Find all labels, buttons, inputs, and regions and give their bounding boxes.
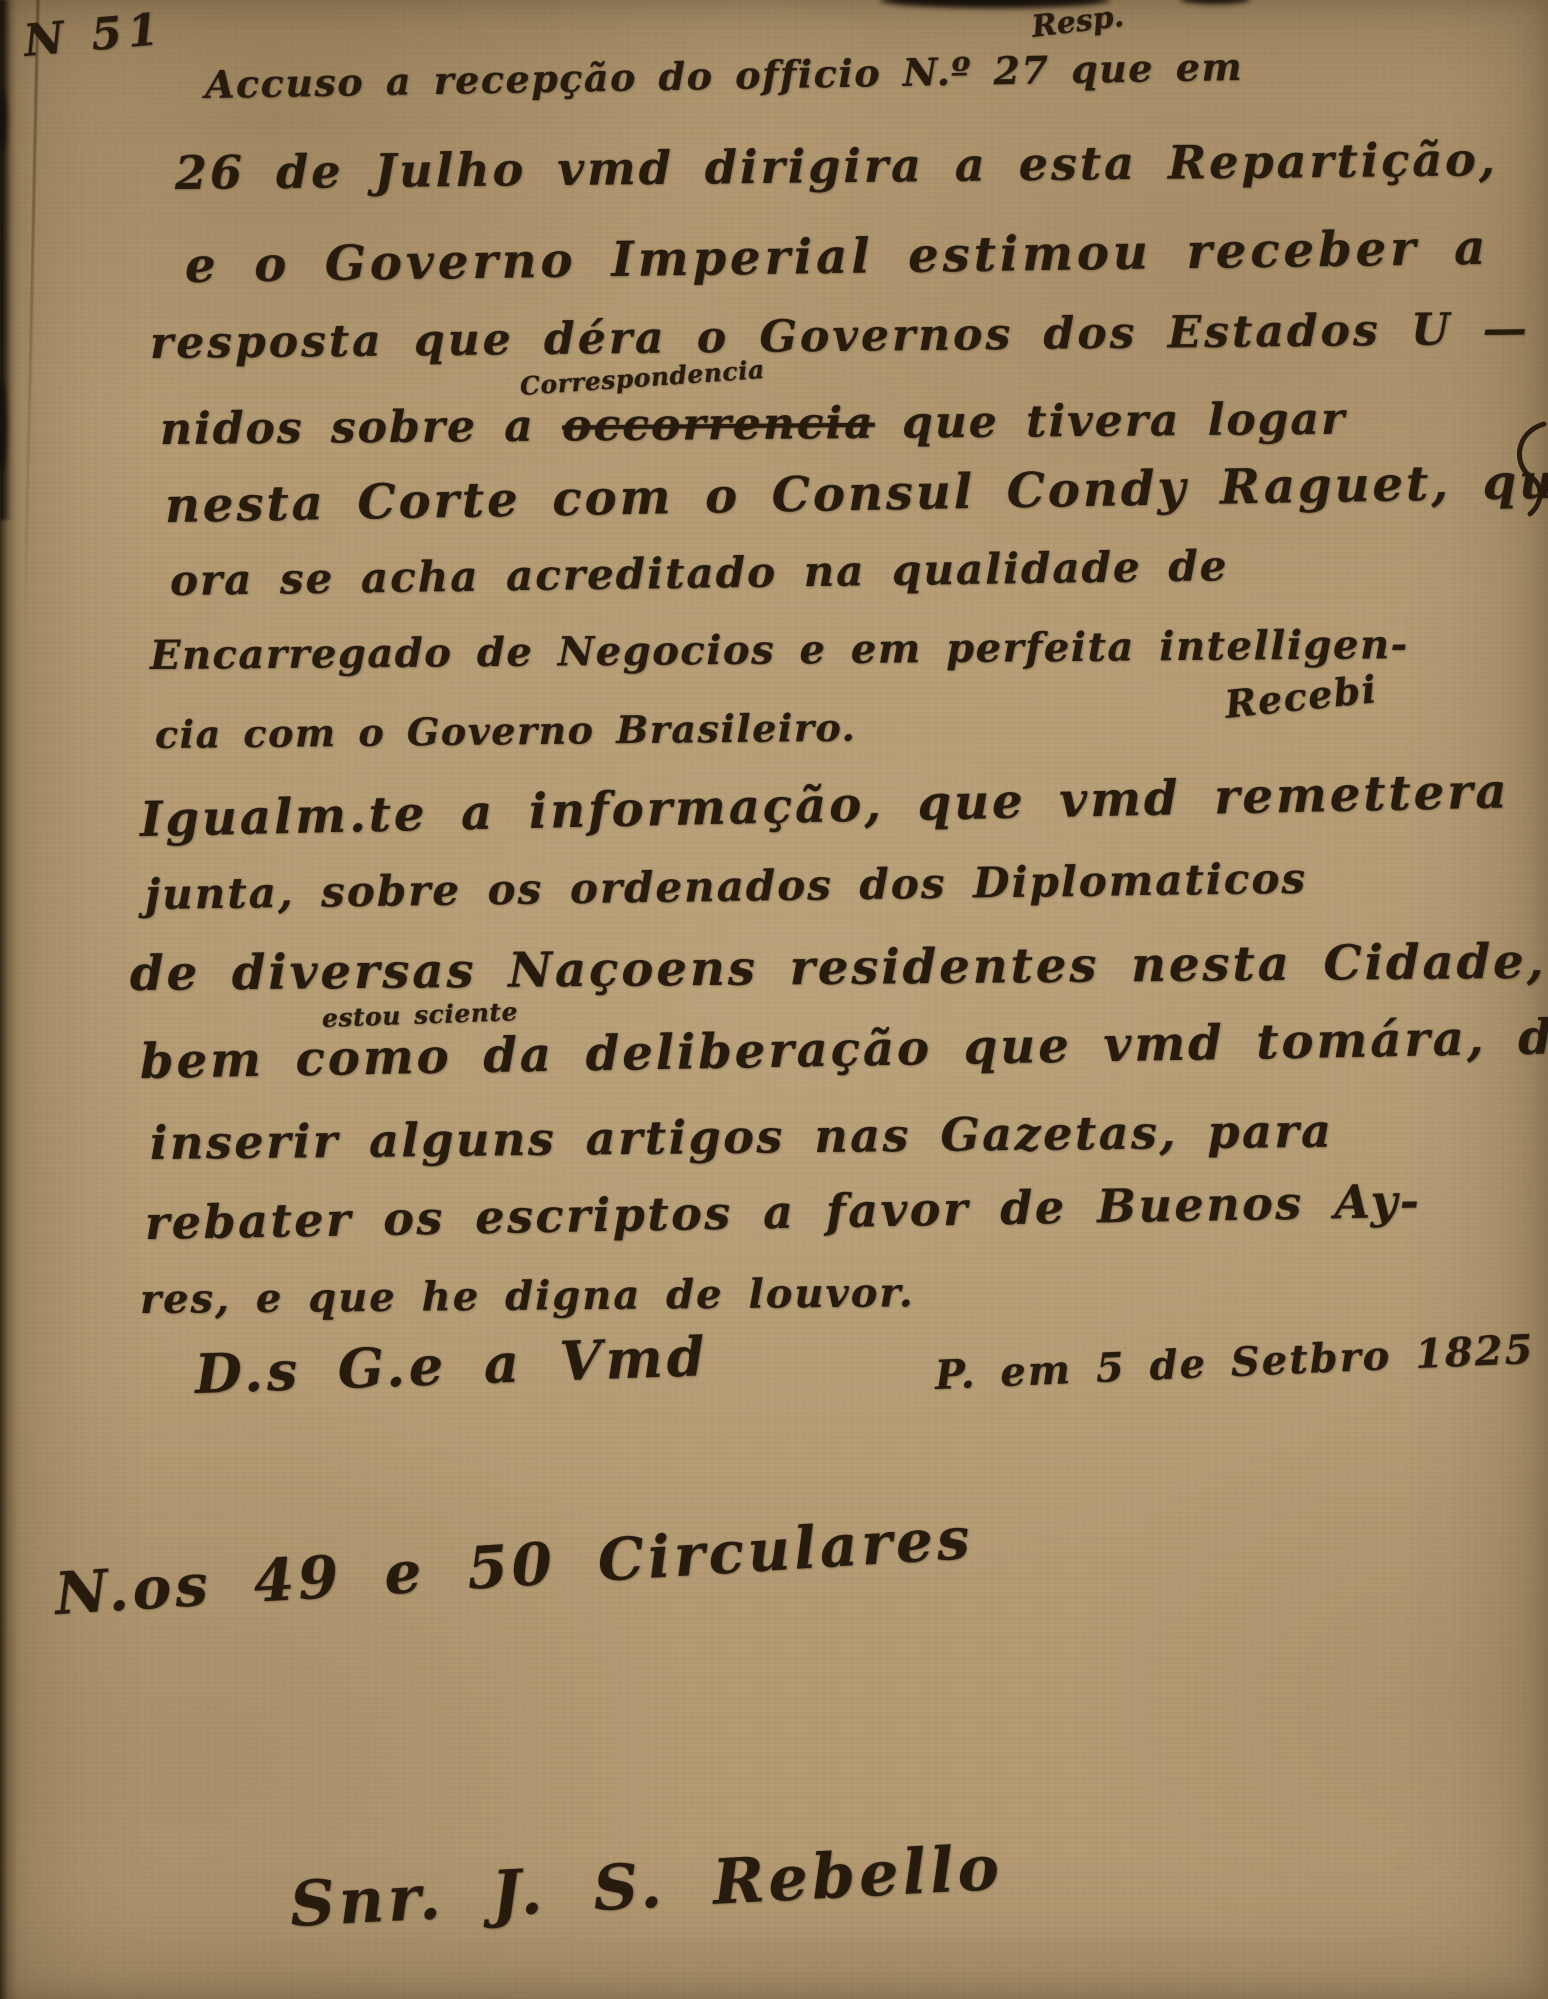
manuscript-line-11: junta, sobre os ordenados dos Diplomatic… [145, 854, 1308, 919]
docket-reference: N.os 49 e 50 Circulares [53, 1504, 975, 1628]
addressee: Snr. J. S. Rebello [288, 1831, 1004, 1941]
manuscript-line-1: Accuso a recepção do officio N.º 27 que … [205, 44, 1244, 107]
manuscript-line-7: ora se acha acreditado na qualidade de [170, 541, 1229, 605]
manuscript-line-8: Encarregado de Negocios e em perfeita in… [150, 621, 1409, 679]
manuscript-line-3: e o Governo Imperial estimou receber a [185, 220, 1490, 294]
page-number: N 51 [22, 4, 167, 67]
manuscript-line-12: de diversas Naçoens residentes nesta Cid… [130, 934, 1547, 1002]
struck-word: occorrencia [562, 398, 875, 452]
manuscript-line-2: 26 de Julho vmd dirigira a esta Repartiç… [175, 132, 1498, 200]
manuscript-line-4: resposta que déra o Governos dos Estados… [150, 304, 1530, 369]
line-5-post: que tivera logar [875, 394, 1347, 449]
valediction: D.s G.e a Vmd [194, 1324, 710, 1406]
manuscript-line-15: rebater os escriptos a favor de Buenos A… [145, 1174, 1422, 1250]
paper-crease [23, 0, 39, 630]
line-5-pre: nidos sobre a [160, 400, 563, 455]
right-margin-word-recebi: Recebi [1223, 666, 1380, 727]
ink-smudge [1180, 0, 1250, 4]
manuscript-line-16: res, e que he digna de louvor. [140, 1269, 915, 1323]
manuscript-line-14: inserir alguns artigos nas Gazetas, para [150, 1104, 1334, 1170]
manuscript-page: N 51 Resp. Accuso a recepção do officio … [0, 0, 1548, 1999]
manuscript-line-5: nidos sobre a occorrencia que tivera log… [160, 394, 1347, 455]
manuscript-line-9: cia com o Governo Brasileiro. [155, 705, 857, 757]
manuscript-line-10: Igualm.te a informação, que vmd remetter… [139, 763, 1510, 848]
manuscript-line-6: nesta Corte com o Consul Condy Raguet, q… [165, 453, 1548, 534]
place-date: P. em 5 de Setbro 1825 [934, 1326, 1535, 1399]
